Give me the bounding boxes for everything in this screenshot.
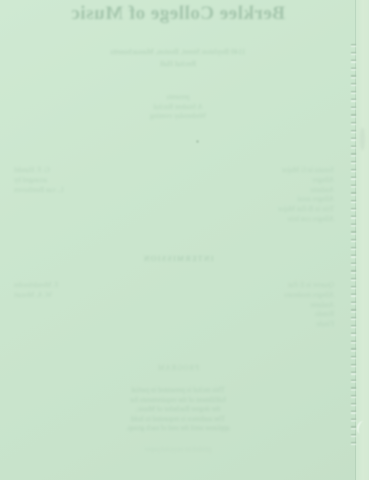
page-edge-strip — [356, 0, 369, 480]
ghost-program-block-1: Sonata in G Major Allegro Andante Allegr… — [14, 166, 334, 225]
perforation-edge — [351, 44, 356, 446]
ghost-text-line: the degree Bachelor of Music. — [78, 405, 278, 415]
ghost-text-line: Finale — [184, 320, 334, 330]
ghost-text-line: Andante — [184, 301, 334, 311]
ghost-program2-pieces: Quartet in E-flat Allegro moderato Andan… — [184, 281, 334, 330]
ghost-text-line: applause until the end of each group. — [78, 424, 278, 434]
ghost-text-line: This recital is presented in partial — [78, 386, 278, 396]
ghost-address-line-1: 1140 Boylston Street, Boston, Massachuse… — [0, 47, 356, 56]
ghost-text-line: Trio in B-flat Major — [184, 205, 334, 215]
scanned-page: Berklee College of Music 1140 Boylston S… — [0, 0, 369, 480]
ghost-footer-line: printed on recycled paper — [0, 446, 356, 453]
ghost-paragraph: This recital is presented in partial ful… — [78, 386, 278, 434]
ghost-text-line: Quartet in E-flat — [184, 281, 334, 291]
ghost-program2-composers: F. Mendelssohn W. A. Mozart — [14, 281, 134, 330]
ghost-intermission: INTERMISSION — [0, 254, 356, 263]
ghost-heading-line: A Student Recital — [0, 103, 356, 113]
ghost-text-line: Sonata in G Major — [184, 166, 334, 176]
ghost-text-line: Allegro — [184, 176, 334, 186]
paper-smudge — [196, 140, 199, 143]
paper-speck — [360, 128, 365, 150]
ghost-title: Berklee College of Music — [10, 3, 346, 25]
ghost-address-line-2: Recital Hall — [0, 59, 356, 68]
ghost-text-line: G. F. Handel — [14, 166, 134, 176]
ghost-text-line: Allegro moderato — [184, 291, 334, 301]
ghost-text-line: Allegro assai — [184, 195, 334, 205]
bleedthrough-layer: Berklee College of Music 1140 Boylston S… — [0, 0, 356, 480]
ghost-text-line: Andante — [184, 186, 334, 196]
ghost-text-line: Rondo — [184, 310, 334, 320]
ghost-heading-line: presents — [0, 93, 356, 103]
ghost-program-block-2: Quartet in E-flat Allegro moderato Andan… — [14, 281, 334, 330]
ghost-text-line: The audience is requested to hold — [78, 415, 278, 425]
ghost-text-line: L. van Beethoven — [14, 186, 134, 196]
ghost-program1-pieces: Sonata in G Major Allegro Andante Allegr… — [184, 166, 334, 225]
ghost-heading-block: presents A Student Recital Wednesday eve… — [0, 93, 356, 122]
ghost-text-line: fulfillment of the requirements for — [78, 396, 278, 406]
ghost-text-line: W. A. Mozart — [14, 291, 134, 301]
ghost-section-heading: PROGRAM — [0, 364, 356, 372]
ghost-text-line: F. Mendelssohn — [14, 281, 134, 291]
ghost-text-line: arranged by — [14, 176, 134, 186]
ghost-heading-line: Wednesday evening — [0, 112, 356, 122]
ghost-program1-composers: G. F. Handel arranged by L. van Beethove… — [14, 166, 134, 225]
ghost-text-line: Allegro con brio — [184, 215, 334, 225]
